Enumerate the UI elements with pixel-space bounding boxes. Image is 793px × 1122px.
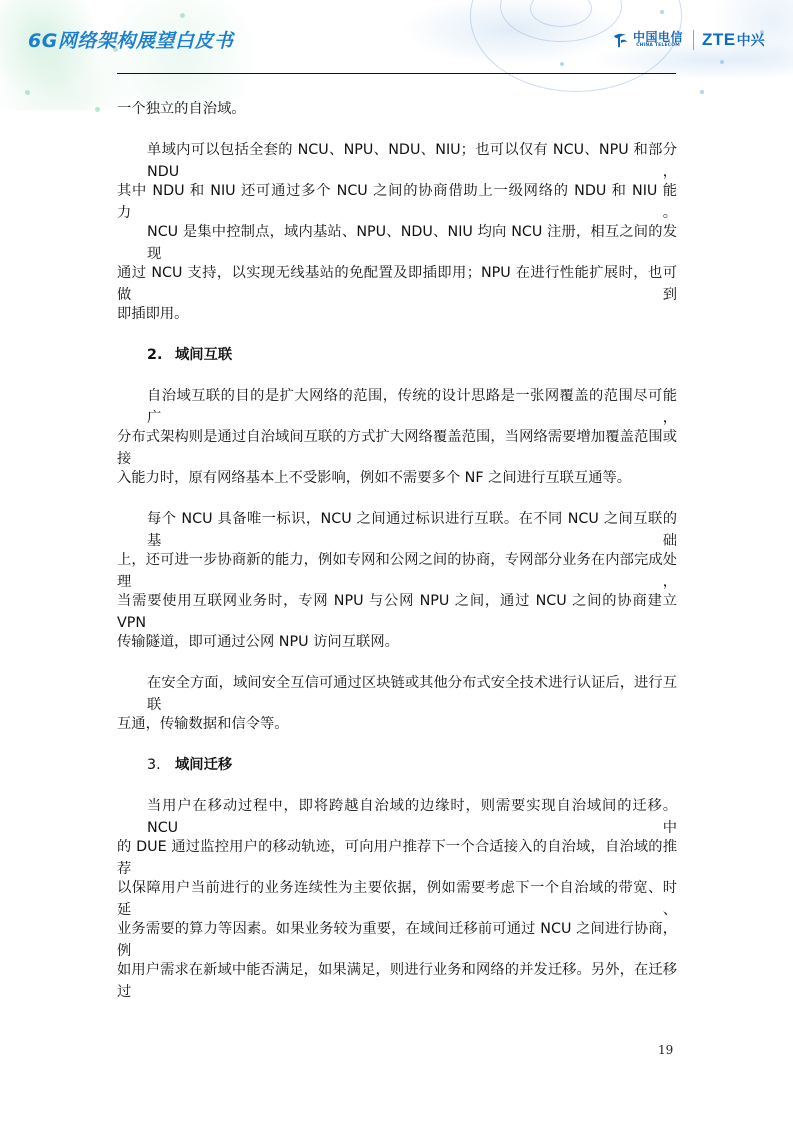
paragraph-line: 以保障用户当前进行的业务连续性为主要依据，例如需要考虑下一个自治域的带宽、时延、 xyxy=(117,877,677,918)
paragraph-line: 每个 NCU 具备唯一标识，NCU 之间通过标识进行互联。在不同 NCU 之间互… xyxy=(117,508,677,549)
paragraph-line: 上，还可进一步协商新的能力，例如专网和公网之间的协商，专网部分业务在内部完成处理… xyxy=(117,549,677,590)
header-divider xyxy=(117,73,676,74)
decorative-dot xyxy=(700,90,704,94)
zte-logo-latin: ZTE xyxy=(702,30,736,50)
decorative-dot xyxy=(720,60,724,64)
logo-divider xyxy=(693,30,694,50)
section-heading: 3.域间迁移 xyxy=(117,754,677,795)
china-telecom-logo: 中国电信 CHINA TELECOM xyxy=(633,31,683,49)
decorative-dot xyxy=(25,90,30,95)
partner-logos: 中国电信 CHINA TELECOM ZTE 中兴 xyxy=(611,27,765,53)
section-heading: 2.域间互联 xyxy=(117,344,677,385)
paragraph-line: 当用户在移动过程中，即将跨越自治域的边缘时，则需要实现自治域间的迁移。NCU 中 xyxy=(117,795,677,836)
paragraph-line: 入能力时，原有网络基本上不受影响，例如不需要多个 NF 之间进行互联互通等。 xyxy=(117,467,677,508)
paragraph-line: 其中 NDU 和 NIU 还可通过多个 NCU 之间的协商借助上一级网络的 ND… xyxy=(117,180,677,221)
section-title: 域间互联 xyxy=(175,347,232,363)
paragraph-line: 业务需要的算力等因素。如果业务较为重要，在域间迁移前可通过 NCU 之间进行协商… xyxy=(117,918,677,959)
china-telecom-name-en: CHINA TELECOM xyxy=(636,44,680,49)
paragraph-line: 的 DUE 通过监控用户的移动轨迹，可向用户推荐下一个合适接入的自治域，自治域的… xyxy=(117,836,677,877)
paragraph-line: 当需要使用互联网业务时，专网 NPU 与公网 NPU 之间，通过 NCU 之间的… xyxy=(117,590,677,631)
paragraph-line: 一个独立的自治域。 xyxy=(117,98,677,139)
paragraph-line: 通过 NCU 支持，以实现无线基站的免配置及即插即用；NPU 在进行性能扩展时，… xyxy=(117,262,677,303)
page-body: 一个独立的自治域。 单域内可以包括全套的 NCU、NPU、NDU、NIU；也可以… xyxy=(117,98,677,1000)
section-number: 3. xyxy=(147,754,175,776)
china-telecom-logo-icon xyxy=(611,31,629,49)
paragraph-line: NCU 是集中控制点，域内基站、NPU、NDU、NIU 均向 NCU 注册，相互… xyxy=(117,221,677,262)
section-number: 2. xyxy=(147,344,175,366)
paragraph-line: 即插即用。 xyxy=(117,303,677,344)
page-number: 19 xyxy=(658,1043,673,1057)
zte-logo-cn: 中兴 xyxy=(737,30,765,50)
paragraph-line: 在安全方面，域间安全互信可通过区块链或其他分布式安全技术进行认证后，进行互联 xyxy=(117,672,677,713)
document-title: 6G网络架构展望白皮书 xyxy=(28,26,233,53)
paragraph-line: 互通，传输数据和信令等。 xyxy=(117,713,677,754)
paragraph-line: 单域内可以包括全套的 NCU、NPU、NDU、NIU；也可以仅有 NCU、NPU… xyxy=(117,139,677,180)
paragraph-line: 自治域互联的目的是扩大网络的范围，传统的设计思路是一张网覆盖的范围尽可能广， xyxy=(117,385,677,426)
paragraph-line: 传输隧道，即可通过公网 NPU 访问互联网。 xyxy=(117,631,677,672)
section-title: 域间迁移 xyxy=(175,757,232,773)
decorative-dot xyxy=(660,10,664,14)
china-telecom-name-cn: 中国电信 xyxy=(633,31,683,43)
paragraph-line: 如用户需求在新域中能否满足，如果满足，则进行业务和网络的并发迁移。另外，在迁移过 xyxy=(117,959,677,1000)
decorative-dot xyxy=(560,62,564,66)
decorative-dot xyxy=(95,107,100,112)
paragraph-line: 分布式架构则是通过自治域间互联的方式扩大网络覆盖范围，当网络需要增加覆盖范围或接 xyxy=(117,426,677,467)
decorative-dot xyxy=(180,13,185,18)
